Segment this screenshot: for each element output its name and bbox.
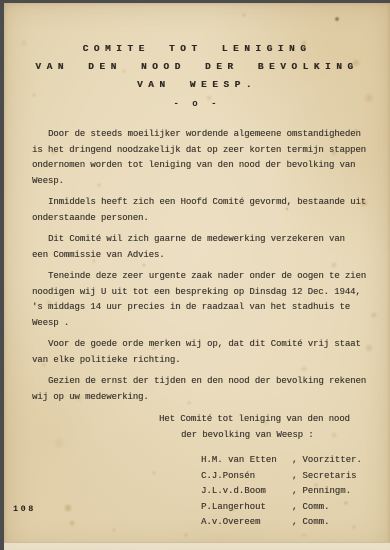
paragraph: Door de steeds moeilijker wordende algem…	[32, 127, 368, 189]
signature-row: C.J.Ponsén,Secretaris	[201, 467, 368, 483]
paragraph-line: Inmiddels heeft zich een Hoofd Comité ge…	[32, 195, 368, 211]
scan-background: { "document": { "stamp": "108", "header"…	[0, 0, 390, 550]
signatory-separator: ,	[292, 502, 297, 512]
paragraph-line: Weesp .	[32, 316, 368, 332]
paragraph: Gezien de ernst der tijden en den nood d…	[32, 374, 368, 405]
closing-line-1: Het Comité tot leniging van den nood	[159, 412, 368, 428]
paragraph-line: wij op uw medewerking.	[32, 390, 368, 406]
letter-body: Door de steeds moeilijker wordende algem…	[32, 127, 368, 529]
foxing-spot	[370, 311, 378, 319]
signatory-role: Comm.	[302, 502, 329, 512]
paragraph-line: Gezien de ernst der tijden en den nood d…	[32, 374, 368, 390]
signatory-separator: ,	[292, 471, 297, 481]
header-line-2: VAN DEN NOOD DER BEVOLKING	[4, 58, 390, 76]
paragraph: Dit Comité wil zich gaarne de medewerkin…	[32, 232, 368, 263]
paragraph-line: Voor de goede orde merken wij op, dat di…	[32, 337, 368, 353]
paragraph-line: is het dringend noodzakelijk dat op zeer…	[32, 143, 368, 159]
signatory-role: Voorzitter.	[302, 455, 361, 465]
letter-header: COMITE TOT LENIGING VAN DEN NOOD DER BEV…	[4, 40, 390, 111]
letter-page: 108 COMITE TOT LENIGING VAN DEN NOOD DER…	[4, 3, 390, 550]
paragraph-line: onderstaande personen.	[32, 211, 368, 227]
header-line-1: COMITE TOT LENIGING	[4, 40, 390, 58]
closing-line-2: der bevolking van Weesp :	[181, 428, 368, 444]
signatory-role: Penningm.	[302, 486, 351, 496]
paragraph-line: Weesp.	[32, 174, 368, 190]
signatory-role: Comm.	[302, 517, 329, 527]
paragraph-line: ondernomen worden tot leniging van den n…	[32, 158, 368, 174]
signatory-role: Secretaris	[302, 471, 356, 481]
signature-row: A.v.Overeem,Comm.	[201, 513, 368, 529]
paragraph: Voor de goede orde merken wij op, dat di…	[32, 337, 368, 368]
paragraph: Inmiddels heeft zich een Hoofd Comité ge…	[32, 195, 368, 226]
foxing-spot	[334, 16, 340, 22]
header-divider-ornament: - o -	[4, 97, 390, 111]
paragraph-line: 's middags 14 uur precies in de raadzaal…	[32, 300, 368, 316]
signatory-separator: ,	[292, 455, 297, 465]
foxing-spot	[183, 532, 189, 538]
paper-bottom-edge	[4, 542, 390, 550]
signature-row: H.M. van Etten,Voorzitter.	[201, 451, 368, 467]
signatory-separator: ,	[292, 517, 297, 527]
paragraph-line: noodigen wij U uit tot een bespreking op…	[32, 285, 368, 301]
paragraph-line: Dit Comité wil zich gaarne de medewerkin…	[32, 232, 368, 248]
paragraphs-container: Door de steeds moeilijker wordende algem…	[32, 127, 368, 405]
signature-row: J.L.v.d.Boom,Penningm.	[201, 482, 368, 498]
signatory-name: A.v.Overeem	[201, 515, 292, 531]
foxing-spot	[241, 12, 247, 18]
paragraph-line: Teneinde deze zeer urgente zaak nader on…	[32, 269, 368, 285]
signature-row: P.Langerhout,Comm.	[201, 498, 368, 514]
foxing-spot	[301, 532, 307, 538]
header-line-3: VAN WEESP.	[4, 76, 390, 94]
closing-block: Het Comité tot leniging van den nood der…	[159, 412, 368, 443]
signatory-separator: ,	[292, 486, 297, 496]
paragraph-line: van elke politieke richting.	[32, 353, 368, 369]
paragraph-line: een Commissie van Advies.	[32, 248, 368, 264]
signature-list: H.M. van Etten,Voorzitter.C.J.Ponsén,Sec…	[201, 451, 368, 529]
paragraph: Teneinde deze zeer urgente zaak nader on…	[32, 269, 368, 331]
paragraph-line: Door de steeds moeilijker wordende algem…	[32, 127, 368, 143]
